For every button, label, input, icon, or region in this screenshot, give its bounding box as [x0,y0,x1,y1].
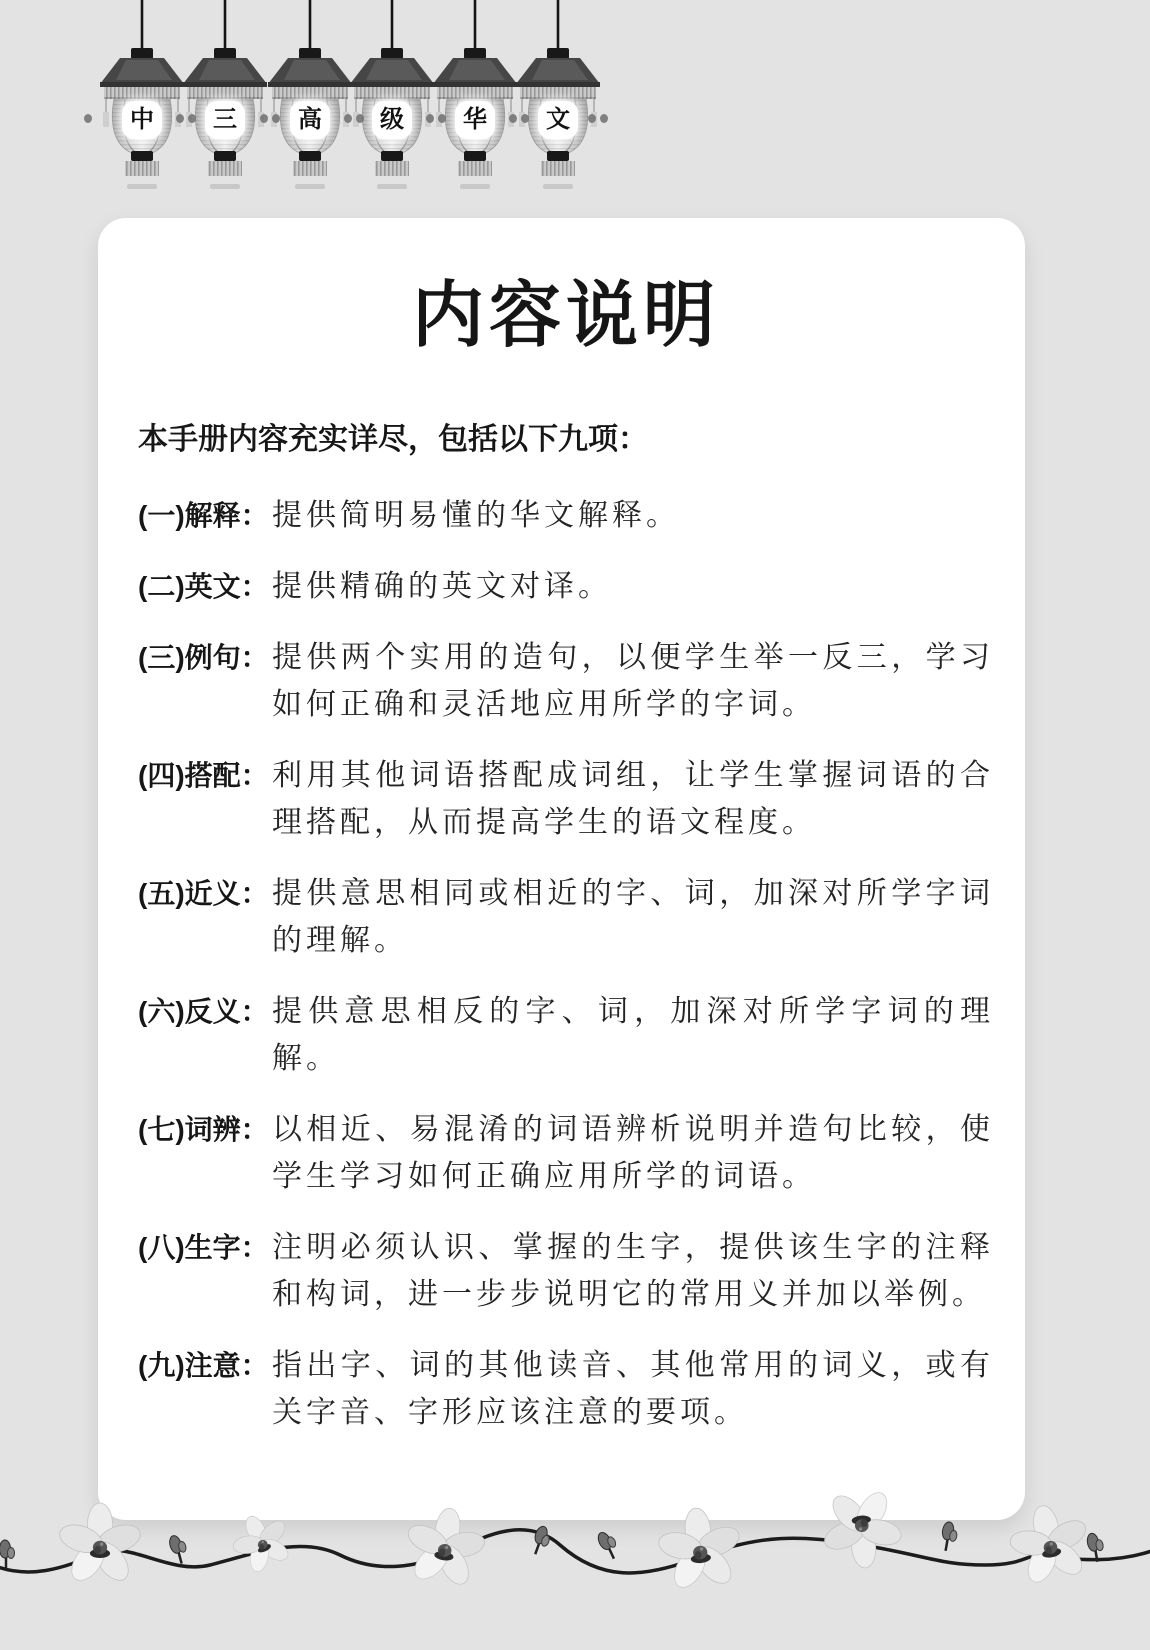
bud-icon [939,1521,959,1552]
item-label: (六)反义： [138,988,272,1035]
item-label: (一)解释： [138,492,272,539]
bud-icon [596,1529,622,1562]
orchid-icon [222,1504,301,1582]
item-row: (五)近义： 提供意思相同或相近的字、词，加深对所学字词的理解。 [138,870,994,964]
page-title: 内容说明 [138,276,994,356]
lantern-char-label: 中 [125,104,159,136]
item-description: 提供精确的英文对译。 [272,563,994,610]
item-description: 注明必须认识、掌握的生字，提供该生字的注释和构词，进一步步说明它的常用义并加以举… [272,1224,994,1318]
intro-text: 本手册内容充实详尽，包括以下九项： [138,418,994,462]
ornament-dot [260,114,268,123]
item-description: 提供意思相反的字、词，加深对所学字词的理解。 [272,988,994,1082]
lantern-char-label: 文 [541,104,575,136]
lantern-icon: 级 [344,0,440,200]
bud-icon [0,1540,15,1569]
ornament-dot [438,114,446,123]
ornament-dot [344,114,352,123]
lantern-icon: 中 [94,0,190,200]
ornament-dot [509,114,517,123]
item-row: (七)词辨： 以相近、易混淆的词语辨析说明并造句比较，使学生学习如何正确应用所学… [138,1106,994,1200]
item-label: (二)英文： [138,563,272,610]
ornament-dot [521,114,529,123]
item-row: (一)解释： 提供简明易懂的华文解释。 [138,492,994,539]
item-label: (八)生字： [138,1224,272,1271]
item-label: (九)注意： [138,1342,272,1389]
item-row: (四)搭配： 利用其他词语搭配成词组，让学生掌握词语的合理搭配，从而提高学生的语… [138,752,994,846]
orchid-icon [652,1504,748,1596]
page-background: 中 三 高 级 华 文 [0,0,1150,1650]
ornament-dot [600,114,608,123]
lantern-banner: 中 三 高 级 华 文 [0,0,1150,215]
lantern-icon: 文 [510,0,606,200]
bud-icon [168,1533,190,1565]
lantern-icon: 三 [177,0,273,200]
orchid-icon [398,1503,492,1593]
lantern-char-label: 级 [375,104,409,136]
item-description: 提供意思相同或相近的字、词，加深对所学字词的理解。 [272,870,994,964]
item-description: 提供两个实用的造句，以便学生举一反三，学习如何正确和灵活地应用所学的字词。 [272,634,994,728]
ornament-dot [272,114,280,123]
lantern-icon: 华 [427,0,523,200]
orchid-icon [817,1485,907,1571]
orchid-icon [1001,1497,1099,1592]
ornament-dot [426,114,434,123]
item-label: (七)词辨： [138,1106,272,1153]
lantern-char-label: 高 [293,104,327,136]
item-row: (六)反义： 提供意思相反的字、词，加深对所学字词的理解。 [138,988,994,1082]
ornament-dot [356,114,364,123]
ornament-dot [188,114,196,123]
item-description: 提供简明易懂的华文解释。 [272,492,994,539]
item-row: (三)例句： 提供两个实用的造句，以便学生举一反三，学习如何正确和灵活地应用所学… [138,634,994,728]
item-description: 以相近、易混淆的词语辨析说明并造句比较，使学生学习如何正确应用所学的词语。 [272,1106,994,1200]
ornament-dot [588,114,596,123]
content-card: 内容说明 本手册内容充实详尽，包括以下九项： (一)解释： 提供简明易懂的华文解… [98,218,1025,1520]
item-description: 利用其他词语搭配成词组，让学生掌握词语的合理搭配，从而提高学生的语文程度。 [272,752,994,846]
item-label: (五)近义： [138,870,272,917]
item-row: (二)英文： 提供精确的英文对译。 [138,563,994,610]
orchid-vine-decoration [0,1415,1150,1650]
item-label: (四)搭配： [138,752,272,799]
lantern-char-label: 华 [458,104,492,136]
ornament-dot [84,114,92,123]
orchid-icon [56,1503,144,1586]
item-list: (一)解释： 提供简明易懂的华文解释。 (二)英文： 提供精确的英文对译。 (三… [138,492,994,1436]
item-row: (八)生字： 注明必须认识、掌握的生字，提供该生字的注释和构词，进一步步说明它的… [138,1224,994,1318]
lantern-char-label: 三 [208,104,242,136]
ornament-dot [176,114,184,123]
item-label: (三)例句： [138,634,272,681]
